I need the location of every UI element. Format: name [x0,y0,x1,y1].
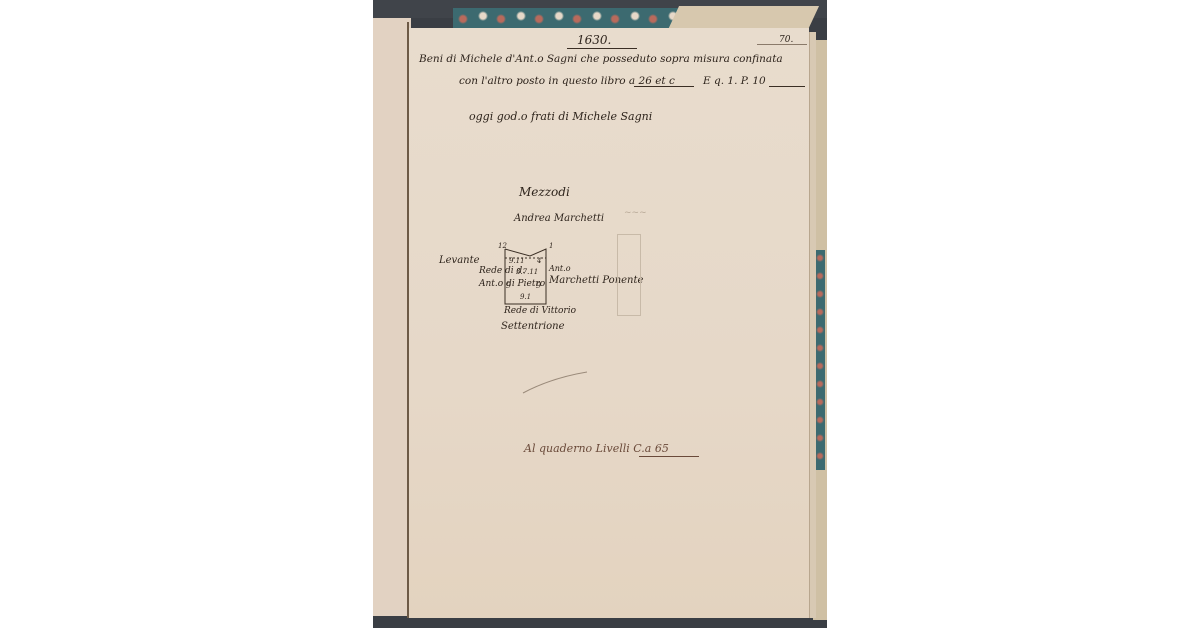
year-underline [567,48,637,49]
measure-center: 3.7.11 [516,268,538,276]
right-boundary-label-1: Ant.o [549,264,571,273]
manuscript-scan: 1630. 70. Beni di Michele d'Ant.o Sagni … [373,0,827,628]
measure-right-side: 9 [536,281,541,290]
bleed-through-sketch [617,234,641,316]
heading-amount: E q. 1. P. 10 [703,75,766,87]
marbled-endpaper-top [453,8,683,30]
measure-top-right: 1 [549,242,553,250]
facing-leaf [373,18,411,616]
west-label: Levante [439,255,480,266]
south-boundary-label: Rede di Vittorio [504,306,576,316]
diagram-title: Mezzodi [519,185,570,199]
footer-cross-reference: Al quaderno Livelli C.a 65 [524,442,669,455]
heading-line-1: Beni di Michele d'Ant.o Sagni che possed… [419,53,783,65]
pencil-stroke [521,368,591,398]
measure-top-left: 12 [498,242,507,250]
marbled-endpaper-right [815,250,825,470]
south-direction-label: Settentrione [501,321,565,332]
measure-inner-top-right: 4 [537,257,541,265]
measure-left-side: 9 [506,281,511,290]
page-stack-edge [809,32,816,618]
footer-underline [639,456,699,457]
page-number-rule [757,44,807,45]
heading-rule-end [769,86,805,87]
year-heading: 1630. [577,33,611,47]
measure-bottom: 9.1 [520,293,531,301]
owner-line: oggi god.o frati di Michele Sagni [469,110,652,123]
heading-rule [634,86,694,87]
bleed-through-text: ~~~ [624,208,647,218]
north-boundary-label: Andrea Marchetti [514,213,604,224]
manuscript-page: 1630. 70. Beni di Michele d'Ant.o Sagni … [409,28,809,618]
measure-inner-top-left: 9.11 [509,257,525,265]
